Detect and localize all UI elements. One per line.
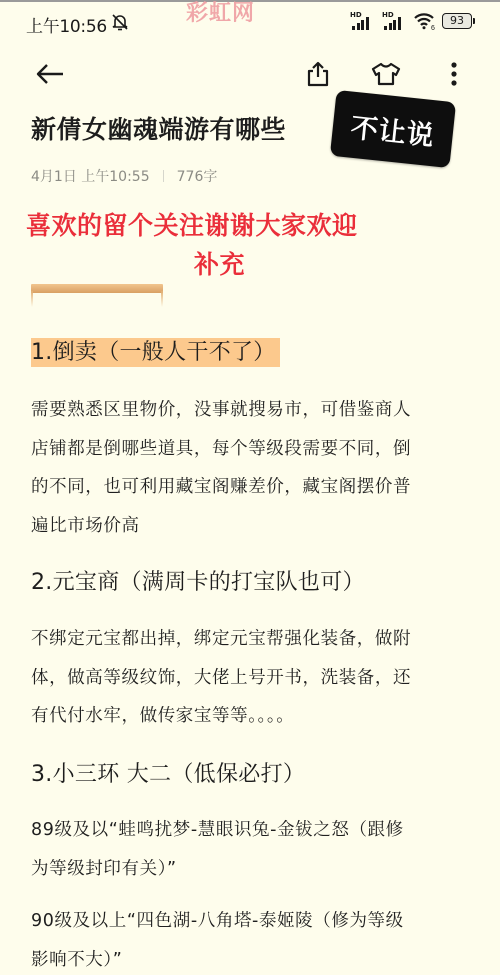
text-line: 不绑定元宝都出掉，绑定元宝帮强化装备，做附 [31,620,471,659]
text-line: 为等级封印有关）” [31,850,471,889]
watermark: 彩虹网 [186,0,255,27]
banner-line-1: 喜欢的留个关注谢谢大家欢迎 [26,206,426,245]
section-heading-1: 1.倒卖（一般人干不了） [31,335,280,366]
article-meta: 4月1日 上午10:55 776字 [31,166,217,186]
more-vertical-icon [450,61,458,87]
decorative-bar [31,284,163,309]
section-2-body: 不绑定元宝都出掉，绑定元宝帮强化装备，做附 体，做高等级纹饰，大佬上号开书，洗装… [31,620,471,736]
word-count: 776字 [177,166,218,186]
sticker-text: 不让说 [349,105,437,153]
sticker-label: 不让说 [330,90,456,168]
signal-icon-sim2: HD [382,12,408,30]
heading-highlight: 1.倒卖（一般人干不了） [31,338,280,367]
text-line: 有代付水牢，做传家宝等等。。。。 [31,697,471,736]
share-icon [306,61,330,87]
section-3-paragraph-1: 89级及以“蛙鸣扰梦-慧眼识兔-金钹之怒（跟修 为等级封印有关）” [31,811,471,888]
theme-button[interactable] [370,58,402,90]
signal-icon-sim1: HD [350,12,376,30]
status-time: 上午10:56 [26,12,107,37]
wifi-icon: 6 [414,12,436,30]
publish-date: 4月1日 上午10:55 [31,166,150,186]
bell-muted-icon [110,13,130,31]
text-line: 店铺都是倒哪些道具，每个等级段需要不同，倒 [31,430,471,469]
text-line: 体，做高等级纹饰，大佬上号开书，洗装备，还 [31,659,471,698]
svg-text:6: 6 [431,25,435,30]
arrow-left-icon [35,62,65,86]
text-line: 89级及以“蛙鸣扰梦-慧眼识兔-金钹之怒（跟修 [31,811,471,850]
section-heading-2: 2.元宝商（满周卡的打宝队也可） [31,565,365,596]
status-indicators: HD HD 6 93 [350,12,472,30]
text-line: 的不同，也可利用藏宝阁赚差价，藏宝阁摆价普 [31,468,471,507]
shirt-icon [371,61,401,87]
text-line: 遍比市场价高 [31,507,471,546]
article-page: 上午10:56 彩虹网 HD HD 6 93 [0,0,500,975]
text-line: 需要熟悉区里物价，没事就搜易市，可借鉴商人 [31,391,471,430]
article-title: 新倩女幽魂端游有哪些 [31,110,286,146]
share-button[interactable] [302,58,334,90]
more-button[interactable] [438,58,470,90]
back-button[interactable] [34,58,66,90]
battery-indicator: 93 [442,13,472,29]
red-banner-text: 喜欢的留个关注谢谢大家欢迎 补充 [26,206,426,284]
title-row: 新倩女幽魂端游有哪些 [31,110,286,146]
meta-divider [163,170,164,182]
status-bar: 上午10:56 彩虹网 HD HD 6 93 [0,0,500,44]
text-line: 90级及以上“四色湖-八角塔-泰姬陵（修为等级 [31,902,471,941]
section-3-paragraph-2: 90级及以上“四色湖-八角塔-泰姬陵（修为等级 影响不大）” [31,902,471,975]
top-toolbar [0,50,500,98]
text-line: 影响不大）” [31,941,471,975]
section-1-body: 需要熟悉区里物价，没事就搜易市，可借鉴商人 店铺都是倒哪些道具，每个等级段需要不… [31,391,471,545]
section-heading-3: 3.小三环 大二（低保必打） [31,757,305,788]
banner-line-2: 补充 [26,245,426,284]
